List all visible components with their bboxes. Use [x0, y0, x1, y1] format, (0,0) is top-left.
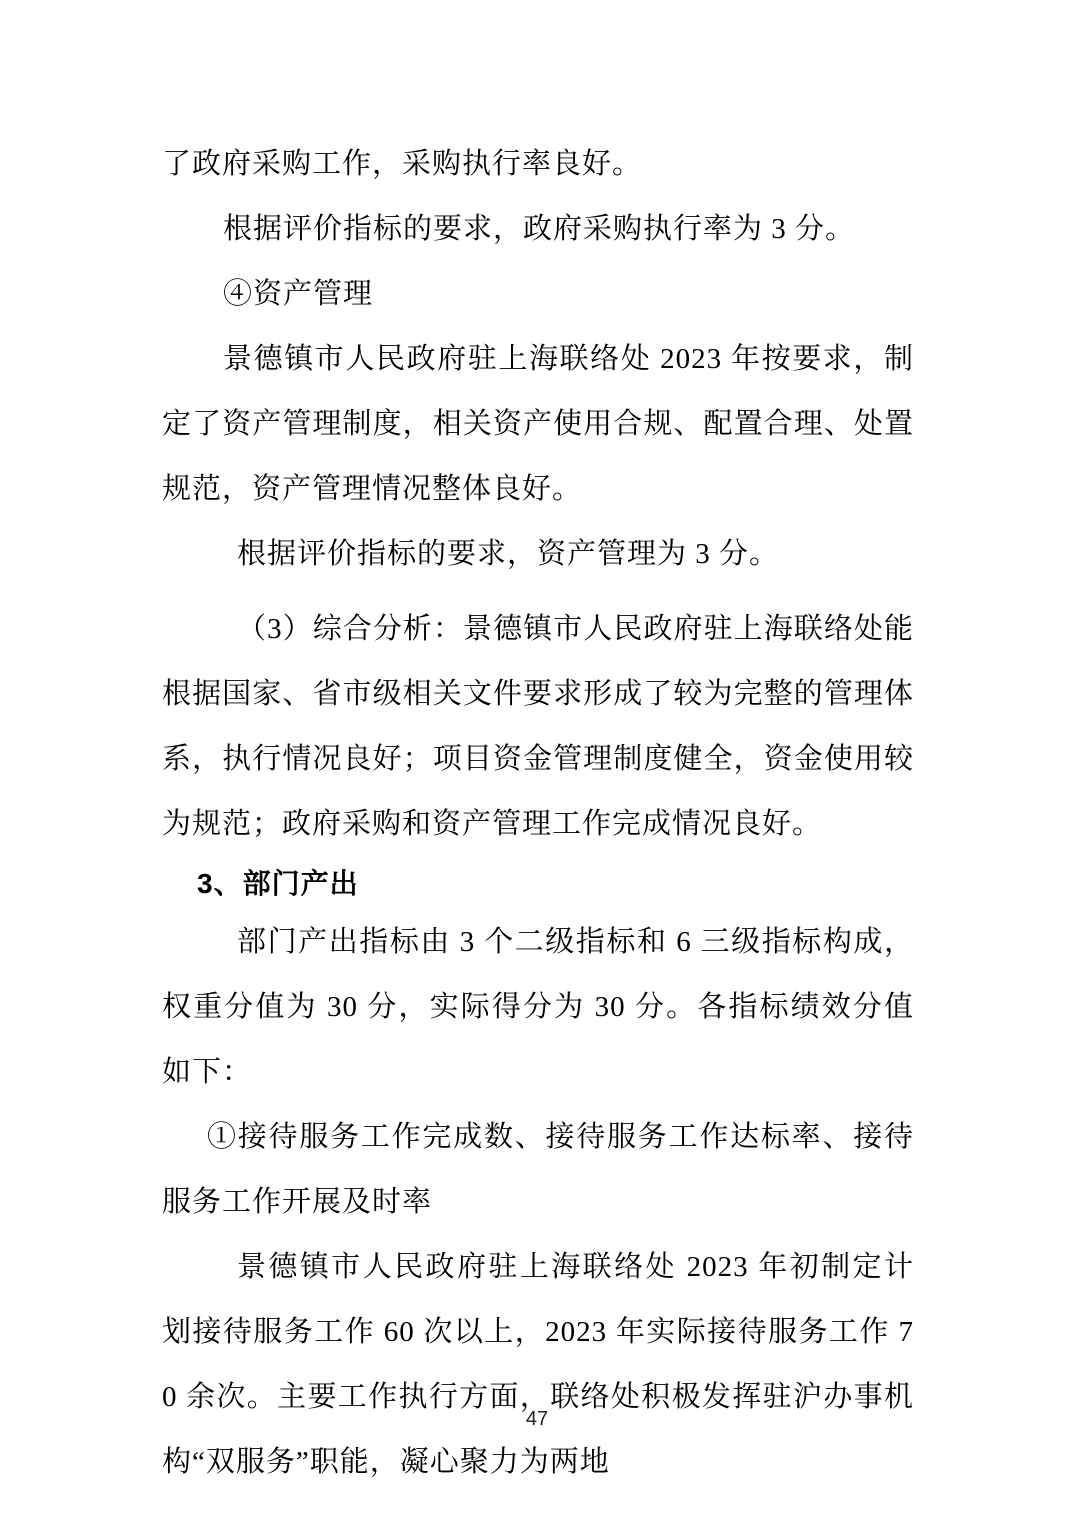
document-page: 了政府采购工作，采购执行率良好。 根据评价指标的要求，政府采购执行率为 3 分。… [0, 0, 1074, 1520]
paragraph: ①接待服务工作完成数、接待服务工作达标率、接待服务工作开展及时率 [162, 1105, 914, 1235]
paragraph: 景德镇市人民政府驻上海联络处 2023 年按要求，制定了资产管理制度，相关资产使… [162, 327, 914, 522]
paragraph: 了政府采购工作，采购执行率良好。 [162, 132, 914, 197]
paragraph: 部门产出指标由 3 个二级指标和 6 三级指标构成，权重分值为 30 分，实际得… [162, 910, 914, 1105]
paragraph: 根据评价指标的要求，资产管理为 3 分。 [162, 522, 914, 587]
section-heading: 3、部门产出 [162, 851, 914, 916]
paragraph: ④资产管理 [162, 262, 914, 327]
document-content: 了政府采购工作，采购执行率良好。 根据评价指标的要求，政府采购执行率为 3 分。… [162, 132, 914, 1495]
paragraph: 景德镇市人民政府驻上海联络处 2023 年初制定计划接待服务工作 60 次以上，… [162, 1235, 914, 1495]
paragraph: （3）综合分析：景德镇市人民政府驻上海联络处能根据国家、省市级相关文件要求形成了… [162, 597, 914, 857]
page-number: 47 [0, 1408, 1074, 1431]
paragraph: 根据评价指标的要求，政府采购执行率为 3 分。 [162, 197, 914, 262]
